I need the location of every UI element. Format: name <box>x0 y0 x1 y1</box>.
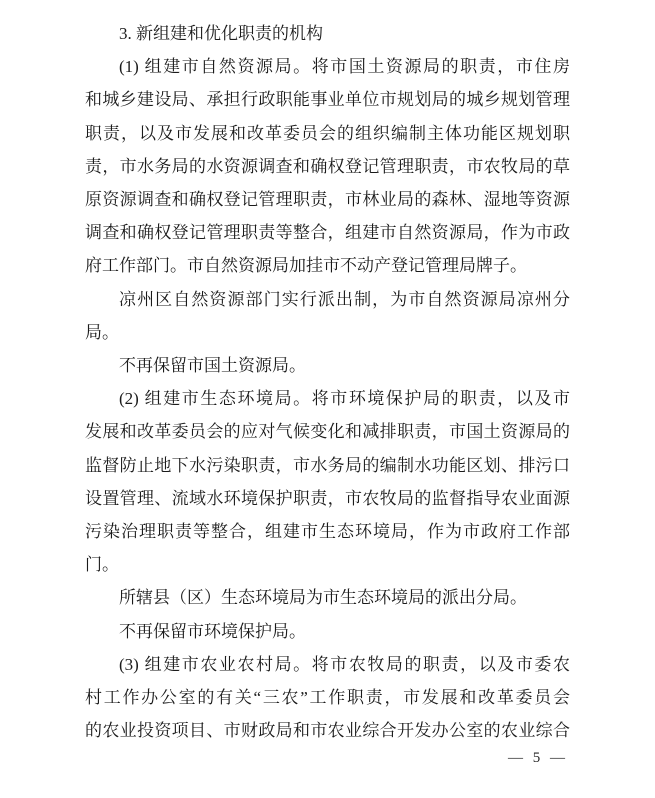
text-line: 村工作办公室的有关“三农”工作职责，市发展和改革委员会 <box>85 681 570 714</box>
text-line: 调查和确权登记管理职责等整合，组建市自然资源局，作为市政 <box>85 216 570 249</box>
text-line: 所辖县（区）生态环境局为市生态环境局的派出分局。 <box>85 581 570 614</box>
text-line: (3) 组建市农业农村局。将市农牧局的职责，以及市委农 <box>85 648 570 681</box>
section-heading: 3. 新组建和优化职责的机构 <box>85 17 570 50</box>
text-line: 原资源调查和确权登记管理职责，市林业局的森林、湿地等资源 <box>85 183 570 216</box>
text-line: 责，市水务局的水资源调查和确权登记管理职责，市农牧局的草 <box>85 150 570 183</box>
document-page: 3. 新组建和优化职责的机构 (1) 组建市自然资源局。将市国土资源局的职责，市… <box>0 0 655 798</box>
text-line: 污染治理职责等整合，组建市生态环境局，作为市政府工作部 <box>85 515 570 548</box>
text-line: 发展和改革委员会的应对气候变化和减排职责，市国土资源局的 <box>85 415 570 448</box>
text-line: 不再保留市国土资源局。 <box>85 349 570 382</box>
text-line: 府工作部门。市自然资源局加挂市不动产登记管理局牌子。 <box>85 249 570 282</box>
text-line: 监督防止地下水污染职责，市水务局的编制水功能区划、排污口 <box>85 449 570 482</box>
document-body: 3. 新组建和优化职责的机构 (1) 组建市自然资源局。将市国土资源局的职责，市… <box>85 17 570 747</box>
text-line: 和城乡建设局、承担行政职能事业单位市规划局的城乡规划管理 <box>85 83 570 116</box>
text-line: 凉州区自然资源部门实行派出制，为市自然资源局凉州分 <box>85 283 570 316</box>
text-line: 设置管理、流域水环境保护职责，市农牧局的监督指导农业面源 <box>85 482 570 515</box>
text-line: (1) 组建市自然资源局。将市国土资源局的职责，市住房 <box>85 50 570 83</box>
text-line: 不再保留市环境保护局。 <box>85 615 570 648</box>
text-line: (2) 组建市生态环境局。将市环境保护局的职责，以及市 <box>85 382 570 415</box>
text-line: 职责，以及市发展和改革委员会的组织编制主体功能区规划职 <box>85 117 570 150</box>
text-line: 的农业投资项目、市财政局和市农业综合开发办公室的农业综合 <box>85 714 570 747</box>
text-line: 门。 <box>85 548 570 581</box>
text-line: 局。 <box>85 316 570 349</box>
page-number: — 5 — <box>508 748 565 768</box>
